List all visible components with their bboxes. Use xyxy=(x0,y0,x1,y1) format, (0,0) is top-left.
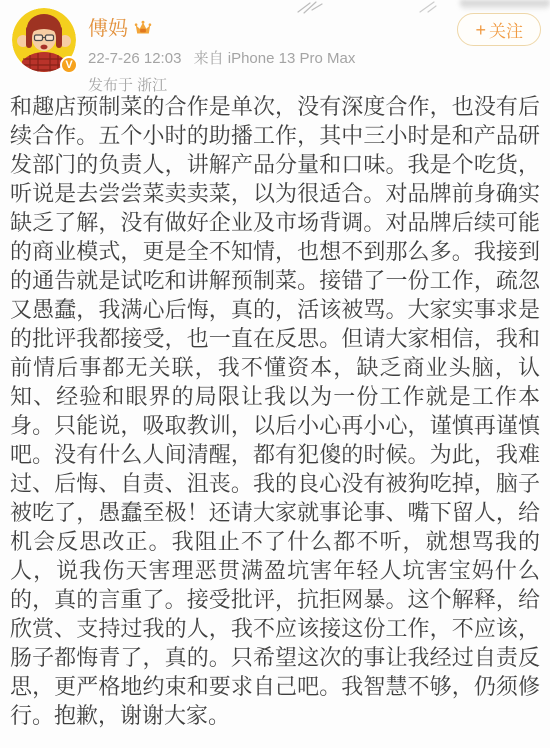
follow-button[interactable]: + 关注 xyxy=(457,13,541,46)
avatar[interactable]: V xyxy=(12,8,76,72)
weibo-post-page: V 傅妈 22-7-26 12:03 来自 iPhone 13 Pro Max xyxy=(0,0,550,748)
plus-icon: + xyxy=(475,21,486,39)
post-body: 和趣店预制菜的合作是单次，没有深度合作，也没有后续合作。五个小时的助播工作，其中… xyxy=(10,92,540,730)
timestamp: 22-7-26 12:03 xyxy=(88,50,181,67)
verified-v-badge-icon: V xyxy=(60,56,78,74)
user-info: 傅妈 22-7-26 12:03 来自 iPhone 13 Pro Max 发布… xyxy=(88,12,355,95)
post-text: 和趣店预制菜的合作是单次，没有深度合作，也没有后续合作。五个小时的助播工作，其中… xyxy=(10,92,540,730)
post-header: V 傅妈 22-7-26 12:03 来自 iPhone 13 Pro Max xyxy=(0,0,550,92)
source-device: 来自 iPhone 13 Pro Max xyxy=(194,50,356,67)
username[interactable]: 傅妈 xyxy=(88,12,128,41)
follow-button-label: 关注 xyxy=(489,17,523,42)
post-meta: 22-7-26 12:03 来自 iPhone 13 Pro Max xyxy=(88,47,355,68)
vip-crown-badge-icon xyxy=(134,20,152,36)
